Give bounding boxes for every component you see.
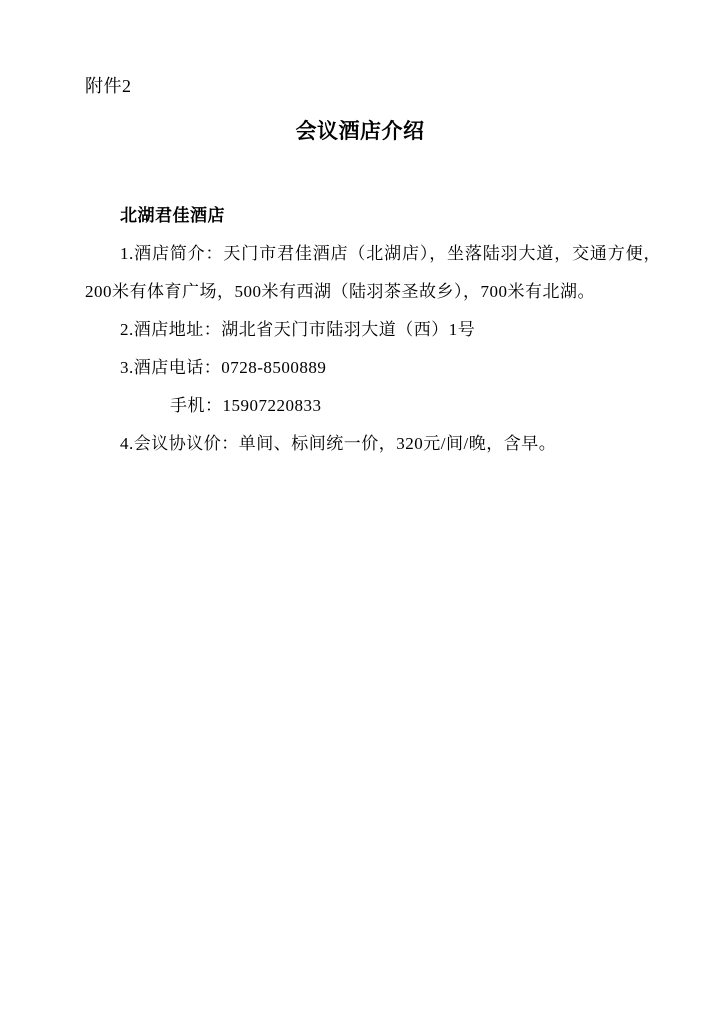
attachment-label: 附件2 <box>85 75 661 97</box>
hotel-intro-line-2: 200米有体育广场，500米有西湖（陆羽茶圣故乡），700米有北湖。 <box>85 273 661 311</box>
hotel-address-line: 2.酒店地址：湖北省天门市陆羽大道（西）1号 <box>85 311 661 349</box>
hotel-intro-line-1: 1.酒店简介：天门市君佳酒店（北湖店），坐落陆羽大道，交通方便， <box>85 235 661 273</box>
document-page: 附件2 会议酒店介绍 北湖君佳酒店 1.酒店简介：天门市君佳酒店（北湖店），坐落… <box>0 0 720 1018</box>
hotel-phone-line: 3.酒店电话：0728-8500889 <box>85 349 661 387</box>
document-title: 会议酒店介绍 <box>0 117 720 145</box>
hotel-price-line: 4.会议协议价：单间、标间统一价，320元/间/晚，含早。 <box>85 425 661 463</box>
hotel-name-heading: 北湖君佳酒店 <box>85 197 661 235</box>
hotel-intro-paragraph: 1.酒店简介：天门市君佳酒店（北湖店），坐落陆羽大道，交通方便， 200米有体育… <box>85 235 661 311</box>
hotel-mobile-line: 手机：15907220833 <box>85 387 661 425</box>
document-content: 附件2 会议酒店介绍 北湖君佳酒店 1.酒店简介：天门市君佳酒店（北湖店），坐落… <box>0 0 720 463</box>
